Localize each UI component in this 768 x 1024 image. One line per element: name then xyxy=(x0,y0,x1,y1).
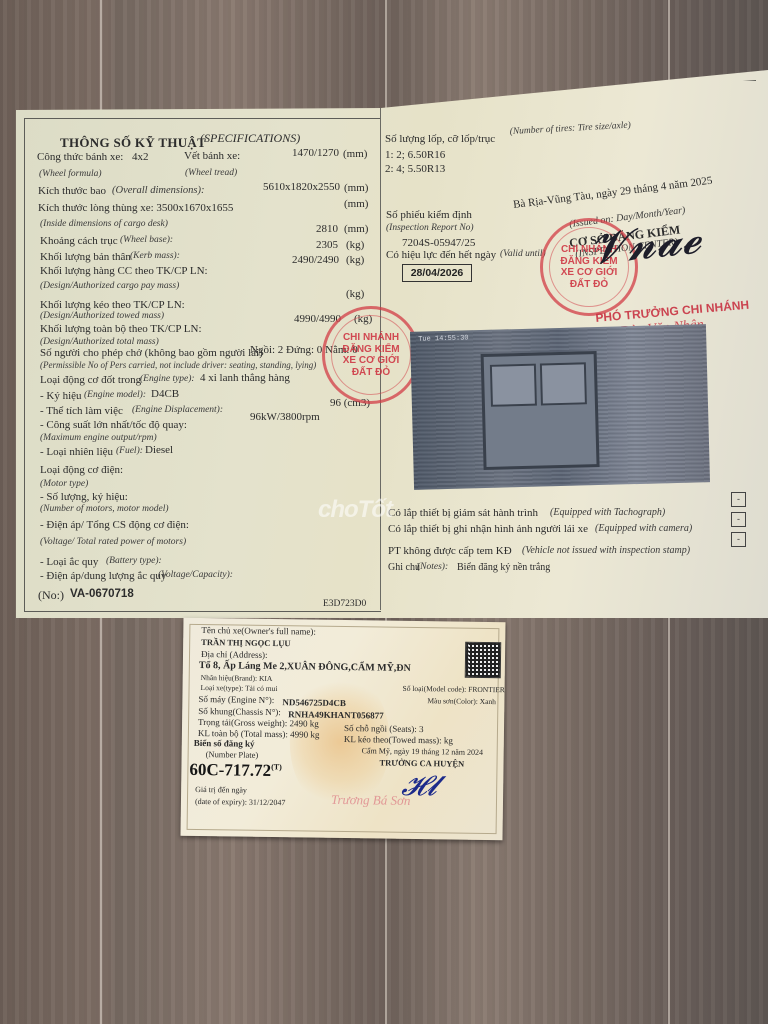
tires-label: Số lượng lốp, cỡ lốp/trục xyxy=(385,134,495,145)
chassis-no-label: Số khung(Chassis N°): xyxy=(198,707,281,717)
camera-en: (Equipped with camera) xyxy=(595,524,692,534)
unit-kg: (kg) xyxy=(346,289,364,300)
battery-capacity-label: - Điện áp/dung lượng ắc quy xyxy=(40,571,166,582)
motor-count-en: (Number of motors, motor model) xyxy=(40,505,169,515)
valid-until-label: Có hiệu lực đến hết ngày xyxy=(386,250,496,261)
tire-axle-1: 1: 2; 6.50R16 xyxy=(385,150,445,161)
cargo-mass-en: (Design/Authorized cargo pay mass) xyxy=(40,282,179,292)
truck-rear-image xyxy=(481,351,600,470)
spec-title: THÔNG SỐ KỸ THUẬT xyxy=(60,136,206,149)
max-output-value: 96kW/3800rpm xyxy=(250,412,320,423)
engine-model-value: D4CB xyxy=(151,389,179,400)
battery-capacity-en: (Voltage/Capacity): xyxy=(158,571,233,581)
signer-name: Trương Bá Sơn xyxy=(331,792,411,809)
engine-type-en: (Engine type): xyxy=(140,375,195,385)
plate-value: 60C-717.72 xyxy=(189,760,271,780)
stamp-line: ĐẤT ĐỎ xyxy=(570,279,608,291)
wheel-base-value: 2810 xyxy=(316,224,338,235)
serial-no-label: (No:) xyxy=(38,589,64,601)
official-stamp-left: CHI NHÁNH ĐĂNG KIỂM XE CƠ GIỚI ĐẤT ĐỎ xyxy=(322,306,420,404)
stamp-line: CHI NHÁNH xyxy=(343,332,399,344)
stamp-line: XE CƠ GIỚI xyxy=(343,355,400,367)
displacement-label: - Thể tích làm việc xyxy=(40,406,123,417)
kerb-mass-value: 2305 xyxy=(316,240,338,251)
engine-no-label: Số máy (Engine N°): xyxy=(198,695,274,705)
no-stamp-checkbox: - xyxy=(731,532,746,547)
plate-suffix: (T) xyxy=(271,762,282,771)
owner-label: Tên chủ xe(Owner's full name): xyxy=(201,626,316,637)
qr-code xyxy=(465,642,501,678)
notes-en: (Notes): xyxy=(417,563,448,573)
valid-until-en: (Valid until) xyxy=(500,250,546,260)
tachograph-en: (Equipped with Tachograph) xyxy=(550,508,665,518)
towed-mass-label: Khối lượng kéo theo TK/CP LN: xyxy=(40,300,185,311)
tachograph-label: Có lắp thiết bị giám sát hành trình xyxy=(388,508,538,519)
model-code: Số loại(Model code): FRONTIER xyxy=(403,685,505,694)
spec-title-en: (SPECIFICATIONS) xyxy=(200,132,300,144)
report-no-en: (Inspection Report No) xyxy=(386,224,474,234)
plate-en: (Number Plate) xyxy=(206,750,259,759)
truck-door-left xyxy=(490,364,537,407)
serial-no-value: VA-0670718 xyxy=(70,589,134,601)
wheel-formula-en: (Wheel formula) xyxy=(39,170,102,180)
authority-title: TRƯỞNG CA HUYỆN xyxy=(379,759,464,769)
overall-dim-en: (Overall dimensions): xyxy=(112,186,204,197)
fuel-en: (Fuel): xyxy=(116,447,143,457)
overall-dim-label: Kích thước bao xyxy=(38,186,106,197)
cargo-dim-label: Kích thước lòng thùng xe: 3500x1670x1655 xyxy=(38,203,233,214)
towed-mass: KL kéo theo(Towed mass): kg xyxy=(344,735,453,746)
vehicle-type: Loại xe(type): Tải có mui xyxy=(201,684,278,693)
wheel-formula-value: 4x2 xyxy=(132,152,149,163)
wheel-tread-value: 1470/1270 xyxy=(292,148,339,159)
owner-value: TRẦN THỊ NGỌC LỤU xyxy=(201,638,290,648)
expiry-value: (date of expiry): 31/12/2047 xyxy=(195,798,286,807)
stamp-line: ĐĂNG KIỂM xyxy=(342,344,399,356)
engine-no-value: ND546725D4CB xyxy=(282,698,346,708)
unit-kg: (kg) xyxy=(346,240,364,251)
expiry-label: Giá trị đến ngày xyxy=(195,786,247,795)
vehicle-photo: Tue 14:55:30 xyxy=(410,324,710,490)
vehicle-color: Màu sơn(Color): Xanh xyxy=(427,697,496,705)
engine-model-label: - Ký hiệu xyxy=(40,391,82,402)
max-output-en: (Maximum engine output/rpm) xyxy=(40,434,157,444)
motor-type-en: (Motor type) xyxy=(40,480,88,490)
total-mass-label: Khối lượng toàn bộ theo TK/CP LN: xyxy=(40,324,202,335)
photo-timestamp: Tue 14:55:30 xyxy=(418,334,469,343)
motor-type-label: Loại động cơ điện: xyxy=(40,465,123,476)
unit-mm: (mm) xyxy=(344,183,368,194)
report-no-value: 7204S-05947/25 xyxy=(402,238,475,249)
kerb-mass-label: Khối lượng bản thân xyxy=(40,252,131,263)
engine-type-label: Loại động cơ đốt trong xyxy=(40,375,141,386)
stamp-line: ĐẤT ĐỎ xyxy=(352,367,390,379)
truck-door-right xyxy=(540,362,587,405)
cargo-mass-label: Khối lượng hàng CC theo TK/CP LN: xyxy=(40,266,208,277)
unit-mm: (mm) xyxy=(344,224,368,235)
wheel-base-en: (Wheel base): xyxy=(120,236,173,246)
wheel-base-label: Khoảng cách trục xyxy=(40,236,118,247)
unit-kg: (kg) xyxy=(346,255,364,266)
fuel-value: Diesel xyxy=(145,445,173,456)
tire-axle-2: 2: 4; 5.50R13 xyxy=(385,164,445,175)
motor-voltage-label: - Điện áp/ Tổng CS động cơ điện: xyxy=(40,520,189,531)
seats: Số chỗ ngồi (Seats): 3 xyxy=(344,724,424,734)
license-plate-number: 60C-717.72(T) xyxy=(189,760,282,781)
engine-model-en: (Engine model): xyxy=(84,391,146,401)
issued-place-date: Cẩm Mỹ, ngày 19 tháng 12 năm 2024 xyxy=(362,747,483,757)
camera-label: Có lắp thiết bị ghi nhận hình ảnh người … xyxy=(388,524,588,535)
max-output-label: - Công suất lớn nhất/tốc độ quay: xyxy=(40,420,187,431)
battery-type-label: - Loại ắc quy xyxy=(40,557,98,568)
tachograph-checkbox: - xyxy=(731,492,746,507)
motor-voltage-en: (Voltage/ Total rated power of motors) xyxy=(40,538,186,548)
camera-checkbox: - xyxy=(731,512,746,527)
towed-mass-en: (Design/Authorized towed mass) xyxy=(40,312,164,322)
valid-until-value: 28/04/2026 xyxy=(402,264,472,282)
registration-card: Tên chủ xe(Owner's full name): TRẦN THỊ … xyxy=(180,618,505,840)
overall-dim-value: 5610x1820x2550 xyxy=(263,182,340,193)
fuel-label: - Loại nhiên liệu xyxy=(40,447,113,458)
unit-mm: (mm) xyxy=(344,199,368,210)
wheel-tread-en: (Wheel tread) xyxy=(185,169,237,179)
notes-label: Ghi chú xyxy=(388,563,420,573)
persons-en: (Permissible No of Pers carried, not inc… xyxy=(40,361,316,370)
address-label: Địa chỉ (Address): xyxy=(201,650,268,660)
cargo-dim-en: (Inside dimensions of cargo desk) xyxy=(40,220,168,230)
displacement-en: (Engine Displacement): xyxy=(132,406,223,416)
cargo-mass-value: 2490/2490 xyxy=(292,255,339,266)
report-no-label: Số phiếu kiểm định xyxy=(386,210,472,221)
document-code: E3D723D0 xyxy=(323,600,366,610)
notes-value: Biển đăng ký nền trắng xyxy=(457,563,550,573)
brand: Nhãn hiệu(Brand): KIA xyxy=(201,674,273,682)
no-stamp-en: (Vehicle not issued with inspection stam… xyxy=(522,546,690,556)
gross-weight: Trọng tải(Gross weight): 2490 kg xyxy=(198,718,319,729)
kerb-mass-en: (Kerb mass): xyxy=(130,252,180,262)
plate-label: Biển số đăng ký xyxy=(194,739,255,749)
no-stamp-label: PT không được cấp tem KĐ xyxy=(388,546,512,557)
wheel-formula-label: Công thức bánh xe: xyxy=(37,152,123,163)
unit-mm: (mm) xyxy=(343,149,367,160)
engine-type-value: 4 xi lanh thẳng hàng xyxy=(200,373,290,384)
wheel-tread-label: Vết bánh xe: xyxy=(184,151,240,162)
battery-type-en: (Battery type): xyxy=(106,557,162,567)
persons-label: Số người cho phép chở (không bao gồm ngư… xyxy=(40,348,263,359)
chotot-watermark: choTốt xyxy=(318,496,392,524)
motor-count-label: - Số lượng, ký hiệu: xyxy=(40,492,128,503)
